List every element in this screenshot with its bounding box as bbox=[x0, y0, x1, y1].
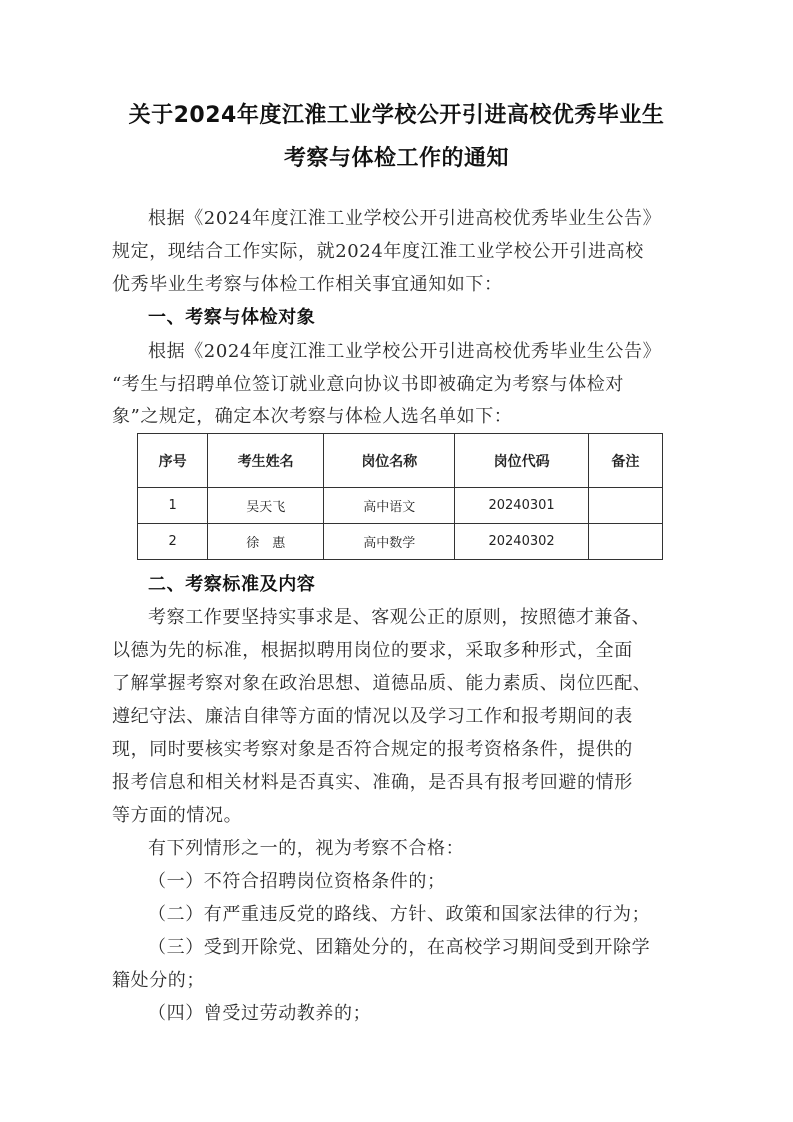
cell-index: 2 bbox=[138, 524, 208, 560]
disqualify-item: （一）不符合招聘岗位资格条件的； bbox=[148, 870, 688, 894]
section1-line: 象”之规定，确定本次考察与体检人选名单如下： bbox=[112, 405, 687, 429]
disqualify-item: （三）受到开除党、团籍处分的，在高校学习期间受到开除学 bbox=[148, 936, 688, 960]
section2-line: 遵纪守法、廉洁自律等方面的情况以及学习工作和报考期间的表 bbox=[112, 705, 687, 729]
cell-remarks bbox=[588, 488, 662, 524]
cell-code: 20240301 bbox=[455, 488, 588, 524]
col-header-code: 岗位代码 bbox=[455, 434, 588, 488]
section2-line: 了解掌握考察对象在政治思想、道德品质、能力素质、岗位匹配、 bbox=[112, 672, 687, 696]
section2-heading: 二、考察标准及内容 bbox=[148, 573, 688, 597]
section1-heading: 一、考察与体检对象 bbox=[148, 306, 688, 330]
col-header-remarks: 备注 bbox=[588, 434, 662, 488]
section2-line: 等方面的情况。 bbox=[112, 804, 687, 828]
intro-line: 优秀毕业生考察与体检工作相关事宜通知如下： bbox=[112, 273, 687, 297]
col-header-position: 岗位名称 bbox=[324, 434, 455, 488]
candidate-table: 序号 考生姓名 岗位名称 岗位代码 备注 1 吴天飞 高中语文 20240301… bbox=[137, 433, 663, 560]
disqualify-item: （四）曾受过劳动教养的； bbox=[148, 1002, 688, 1026]
document-page: 关于2024年度江淮工业学校公开引进高校优秀毕业生 考察与体检工作的通知 根据《… bbox=[0, 0, 793, 1122]
document-title-line1: 关于2024年度江淮工业学校公开引进高校优秀毕业生 bbox=[0, 98, 793, 129]
document-title-line2: 考察与体检工作的通知 bbox=[0, 141, 793, 172]
cell-position: 高中语文 bbox=[324, 488, 455, 524]
cell-name: 徐 惠 bbox=[208, 524, 324, 560]
cell-position: 高中数学 bbox=[324, 524, 455, 560]
disqualify-intro: 有下列情形之一的，视为考察不合格： bbox=[148, 837, 688, 861]
section2-line: 以德为先的标准，根据拟聘用岗位的要求，采取多种形式，全面 bbox=[112, 639, 687, 663]
section2-line: 考察工作要坚持实事求是、客观公正的原则，按照德才兼备、 bbox=[148, 606, 688, 630]
disqualify-item-continued: 籍处分的； bbox=[112, 969, 687, 993]
section1-line: “考生与招聘单位签订就业意向协议书即被确定为考察与体检对 bbox=[112, 373, 687, 397]
col-header-name: 考生姓名 bbox=[208, 434, 324, 488]
intro-line: 根据《2024年度江淮工业学校公开引进高校优秀毕业生公告》 bbox=[148, 207, 688, 231]
col-header-index: 序号 bbox=[138, 434, 208, 488]
cell-name: 吴天飞 bbox=[208, 488, 324, 524]
section2-line: 报考信息和相关材料是否真实、准确，是否具有报考回避的情形 bbox=[112, 771, 687, 795]
cell-code: 20240302 bbox=[455, 524, 588, 560]
intro-line: 规定，现结合工作实际，就2024年度江淮工业学校公开引进高校 bbox=[112, 240, 687, 264]
section2-line: 现，同时要核实考察对象是否符合规定的报考资格条件，提供的 bbox=[112, 738, 687, 762]
table-row: 1 吴天飞 高中语文 20240301 bbox=[138, 488, 663, 524]
cell-remarks bbox=[588, 524, 662, 560]
table-row: 2 徐 惠 高中数学 20240302 bbox=[138, 524, 663, 560]
table-header-row: 序号 考生姓名 岗位名称 岗位代码 备注 bbox=[138, 434, 663, 488]
disqualify-item: （二）有严重违反党的路线、方针、政策和国家法律的行为； bbox=[148, 903, 688, 927]
section1-line: 根据《2024年度江淮工业学校公开引进高校优秀毕业生公告》 bbox=[148, 340, 688, 364]
cell-index: 1 bbox=[138, 488, 208, 524]
